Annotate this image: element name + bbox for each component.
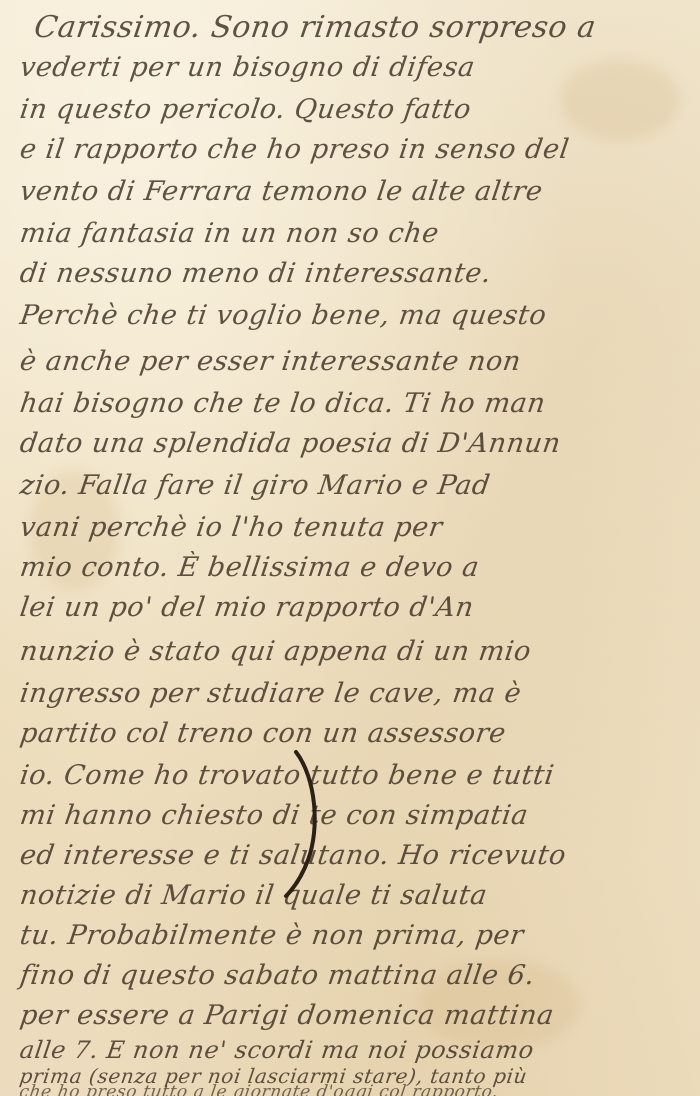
text-line: è anche per esser interessante non bbox=[18, 346, 694, 377]
text-line: ed interesse e ti salutano. Ho ricevuto bbox=[18, 840, 694, 871]
text-line: mio conto. È bellissima e devo a bbox=[18, 552, 694, 583]
text-line: nunzio è stato qui appena di un mio bbox=[18, 636, 694, 667]
text-line: Perchè che ti voglio bene, ma questo bbox=[18, 300, 694, 331]
text-line: dato una splendida poesia di D'Annun bbox=[18, 428, 694, 459]
text-line: Carissimo. Sono rimasto sorpreso a bbox=[32, 10, 695, 45]
text-line: per essere a Parigi domenica mattina bbox=[18, 1000, 694, 1031]
postmark-arc-icon bbox=[268, 748, 328, 898]
text-line: fino di questo sabato mattina alle 6. bbox=[18, 960, 694, 991]
text-line: in questo pericolo. Questo fatto bbox=[18, 94, 694, 125]
text-line: partito col treno con un assessore bbox=[18, 718, 694, 749]
text-line: che ho preso tutto a le giornate d'oggi … bbox=[18, 1082, 693, 1096]
text-line: io. Come ho trovato tutto bene e tutti bbox=[18, 760, 694, 791]
text-line: hai bisogno che te lo dica. Ti ho man bbox=[18, 388, 694, 419]
text-line: vento di Ferrara temono le alte altre bbox=[18, 176, 694, 207]
text-line: zio. Falla fare il giro Mario e Pad bbox=[18, 470, 694, 501]
text-line: mi hanno chiesto di te con simpatia bbox=[18, 800, 694, 831]
text-line: ingresso per studiare le cave, ma è bbox=[18, 678, 694, 709]
text-line: e il rapporto che ho preso in senso del bbox=[18, 134, 694, 165]
text-line: vani perchè io l'ho tenuta per bbox=[18, 512, 694, 543]
text-line: mia fantasia in un non so che bbox=[18, 218, 694, 249]
text-line: tu. Probabilmente è non prima, per bbox=[18, 920, 694, 951]
text-line: di nessuno meno di interessante. bbox=[18, 258, 694, 289]
text-line: lei un po' del mio rapporto d'An bbox=[18, 592, 694, 623]
text-line: notizie di Mario il quale ti saluta bbox=[18, 880, 694, 911]
text-line: alle 7. E non ne' scordi ma noi possiamo bbox=[18, 1036, 694, 1064]
text-line: vederti per un bisogno di difesa bbox=[18, 52, 694, 83]
